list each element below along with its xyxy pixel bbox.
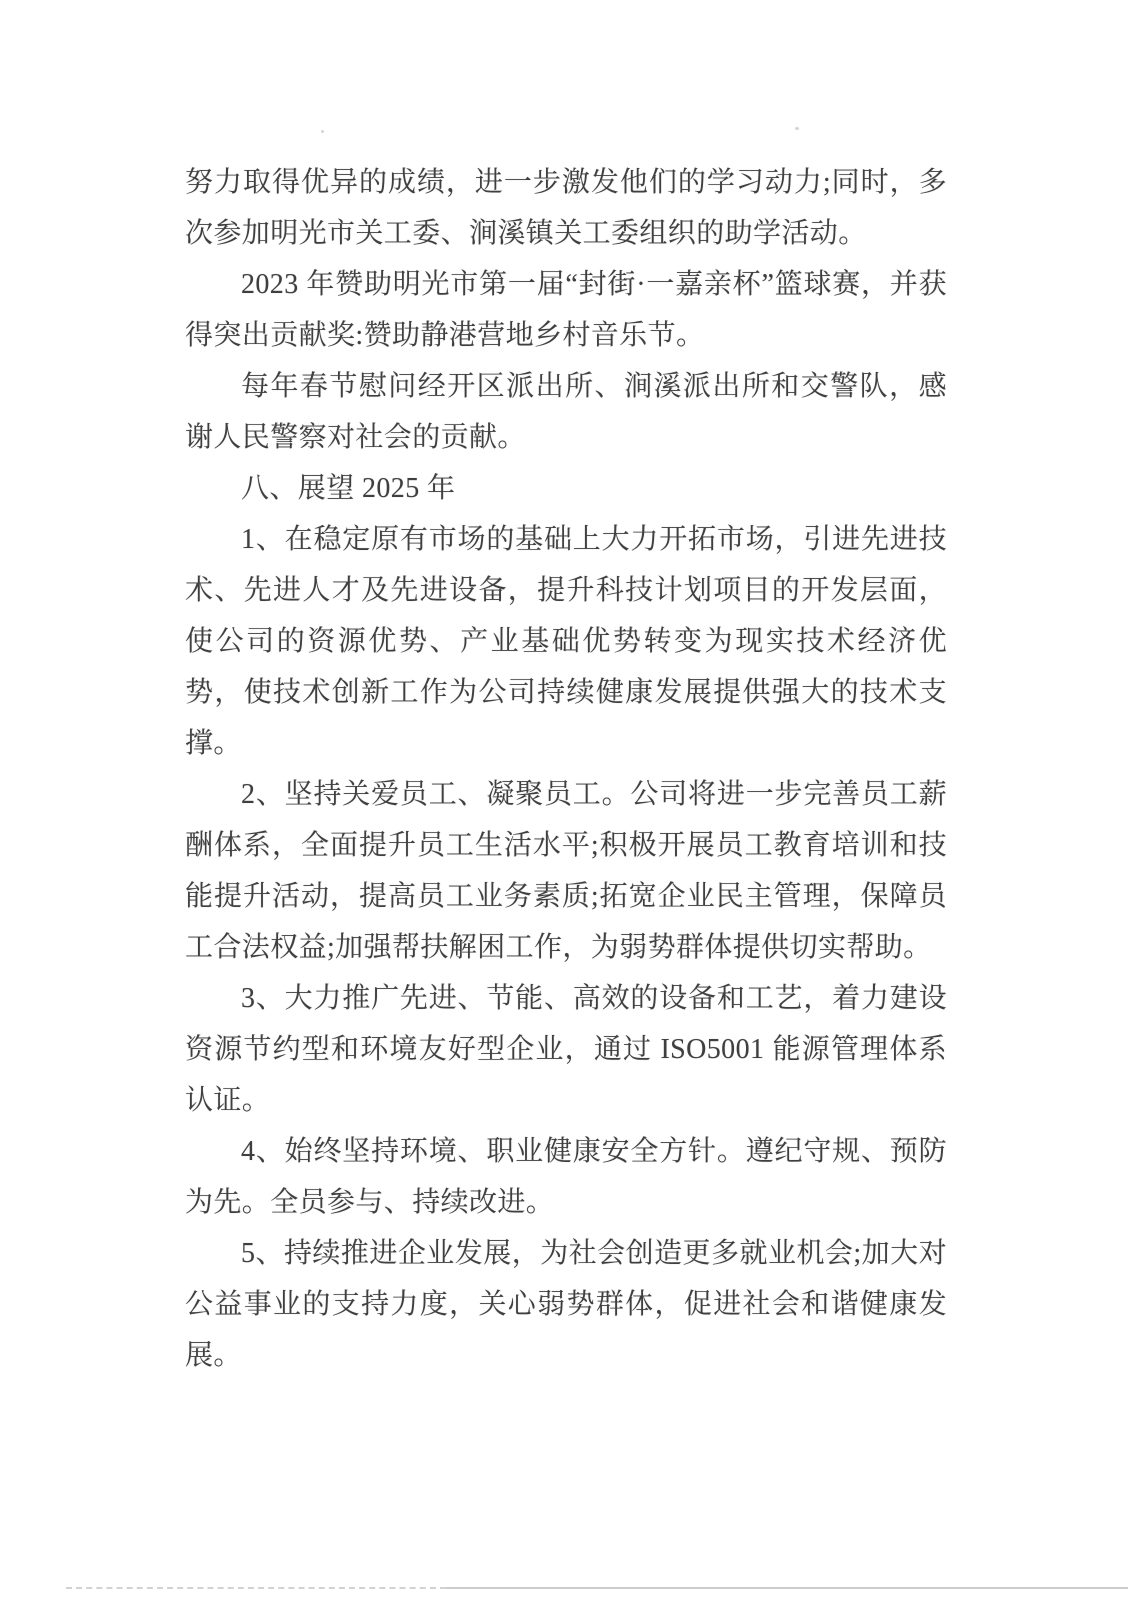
- scan-edge-artifact: [446, 1587, 1128, 1589]
- scan-speck: [321, 130, 324, 133]
- scan-edge-artifact: [66, 1587, 446, 1589]
- section-heading-outlook-2025: 八、展望 2025 年: [185, 463, 947, 514]
- paragraph-continuation: 努力取得优异的成绩，进一步激发他们的学习动力;同时，多次参加明光市关工委、涧溪镇…: [185, 157, 947, 259]
- paragraph-item-5-development: 5、持续推进企业发展，为社会创造更多就业机会;加大对公益事业的支持力度，关心弱势…: [185, 1228, 947, 1381]
- paragraph-item-3-energy: 3、大力推广先进、节能、高效的设备和工艺，着力建设资源节约型和环境友好型企业，通…: [185, 973, 947, 1126]
- paragraph-item-4-safety: 4、始终坚持环境、职业健康安全方针。遵纪守规、预防为先。全员参与、持续改进。: [185, 1126, 947, 1228]
- paragraph-item-2-employees: 2、坚持关爱员工、凝聚员工。公司将进一步完善员工薪酬体系，全面提升员工生活水平;…: [185, 769, 947, 973]
- document-body: 努力取得优异的成绩，进一步激发他们的学习动力;同时，多次参加明光市关工委、涧溪镇…: [185, 157, 947, 1381]
- paragraph-spring-festival: 每年春节慰问经开区派出所、涧溪派出所和交警队，感谢人民警察对社会的贡献。: [185, 361, 947, 463]
- scan-speck: [795, 127, 799, 130]
- paragraph-sponsorship-2023: 2023 年赞助明光市第一届“封街·一嘉亲杯”篮球赛，并获得突出贡献奖:赞助静港…: [185, 259, 947, 361]
- paragraph-item-1-market: 1、在稳定原有市场的基础上大力开拓市场，引进先进技术、先进人才及先进设备，提升科…: [185, 514, 947, 769]
- scanned-document-page: 努力取得优异的成绩，进一步激发他们的学习动力;同时，多次参加明光市关工委、涧溪镇…: [0, 0, 1130, 1600]
